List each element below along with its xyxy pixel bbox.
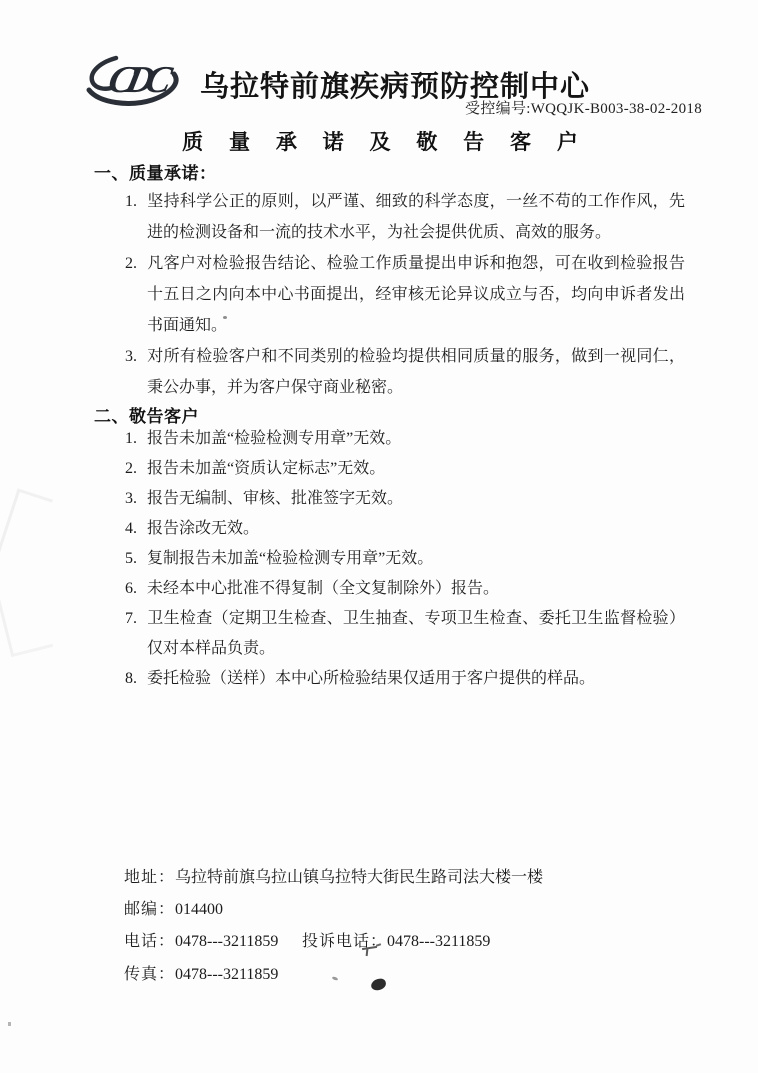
item-text: 委托检验（送样）本中心所检验结果仅适用于客户提供的样品。	[147, 670, 595, 687]
address-label: 地址：	[124, 869, 175, 886]
list-item: 3.报告无编制、审核、批准签字无效。	[125, 484, 685, 514]
list-item: 3.对所有检验客户和不同类别的检验均提供相同质量的服务，做到一视同仁，秉公办事，…	[125, 341, 685, 403]
item-text: 报告未加盖“资质认定标志”无效。	[147, 460, 385, 477]
item-number: 3.	[125, 484, 141, 514]
item-text: 报告未加盖“检验检测专用章”无效。	[147, 430, 401, 447]
item-number: 4.	[125, 514, 141, 544]
list-item: 2.凡客户对检验报告结论、检验工作质量提出申诉和抱怨，可在收到检验报告十五日之内…	[125, 248, 685, 341]
address-row: 地址：乌拉特前旗乌拉山镇乌拉特大街民生路司法大楼一楼	[124, 864, 543, 887]
item-text: 复制报告未加盖“检验检测专用章”无效。	[147, 550, 433, 567]
item-number: 5.	[125, 544, 141, 574]
list-item: 8.委托检验（送样）本中心所检验结果仅适用于客户提供的样品。	[125, 664, 685, 694]
item-text: 未经本中心批准不得复制（全文复制除外）报告。	[147, 580, 499, 597]
phone-row: 电话：0478---3211859 投诉电话：0478---3211859	[124, 928, 624, 951]
item-number: 8.	[125, 664, 141, 694]
fax-label: 传真：	[124, 966, 175, 983]
list-item: 7.卫生检查（定期卫生检查、卫生抽查、专项卫生检查、委托卫生监督检验）仅对本样品…	[125, 604, 685, 664]
cdc-logo-icon: CDC	[82, 48, 190, 116]
address-value: 乌拉特前旗乌拉山镇乌拉特大街民生路司法大楼一楼	[175, 869, 543, 886]
list-item: 5.复制报告未加盖“检验检测专用章”无效。	[125, 544, 685, 574]
ink-speck	[8, 1022, 11, 1026]
phone-label: 电话：	[124, 933, 175, 950]
item-number: 1.	[125, 186, 141, 217]
fax-row: 传真：0478---3211859	[124, 961, 278, 984]
scanned-document-page: CDC 乌拉特前旗疾病预防控制中心 受控编号:WQQJK-B003-38-02-…	[0, 0, 758, 1073]
item-number: 3.	[125, 341, 141, 372]
document-title: 质 量 承 诺 及 敬 告 客 户	[0, 126, 758, 156]
item-text: 对所有检验客户和不同类别的检验均提供相同质量的服务，做到一视同仁，秉公办事，并为…	[147, 348, 685, 396]
list-item: 1.坚持科学公正的原则，以严谨、细致的科学态度，一丝不苟的工作作风，先进的检测设…	[125, 186, 685, 248]
phone-value: 0478---3211859	[175, 933, 278, 950]
postcode-value: 014400	[175, 901, 223, 918]
cdc-logo: CDC	[82, 48, 190, 116]
page-fold-artifact	[0, 488, 53, 578]
item-number: 2.	[125, 248, 141, 279]
item-number: 2.	[125, 454, 141, 484]
postcode-row: 邮编：014400	[124, 896, 223, 919]
quality-commitment-list: 1.坚持科学公正的原则，以严谨、细致的科学态度，一丝不苟的工作作风，先进的检测设…	[125, 186, 685, 403]
customer-notice-list: 1.报告未加盖“检验检测专用章”无效。 2.报告未加盖“资质认定标志”无效。 3…	[125, 424, 685, 694]
item-number: 6.	[125, 574, 141, 604]
complaint-phone-value: 0478---3211859	[387, 933, 490, 950]
control-number: 受控编号:WQQJK-B003-38-02-2018	[465, 97, 702, 118]
item-text: 凡客户对检验报告结论、检验工作质量提出申诉和抱怨，可在收到检验报告十五日之内向本…	[147, 255, 685, 334]
item-text: 报告涂改无效。	[147, 520, 259, 537]
ink-blob	[370, 977, 387, 991]
ink-speck	[332, 976, 339, 981]
item-number: 7.	[125, 604, 141, 634]
item-text: 坚持科学公正的原则，以严谨、细致的科学态度，一丝不苟的工作作风，先进的检测设备和…	[147, 193, 685, 241]
item-text: 卫生检查（定期卫生检查、卫生抽查、专项卫生检查、委托卫生监督检验）仅对本样品负责…	[147, 610, 685, 657]
list-item: 6.未经本中心批准不得复制（全文复制除外）报告。	[125, 574, 685, 604]
item-number: 1.	[125, 424, 141, 454]
item-text: 报告无编制、审核、批准签字无效。	[147, 490, 403, 507]
page-fold-artifact	[0, 576, 53, 657]
section-heading-quality-commitment: 一、质量承诺：	[94, 159, 217, 184]
complaint-phone-pair: 投诉电话：0478---3211859	[302, 928, 490, 951]
fax-value: 0478---3211859	[175, 966, 278, 983]
postcode-label: 邮编：	[124, 901, 175, 918]
list-item: 4.报告涂改无效。	[125, 514, 685, 544]
list-item: 1.报告未加盖“检验检测专用章”无效。	[125, 424, 685, 454]
complaint-phone-label: 投诉电话：	[302, 933, 387, 950]
list-item: 2.报告未加盖“资质认定标志”无效。	[125, 454, 685, 484]
